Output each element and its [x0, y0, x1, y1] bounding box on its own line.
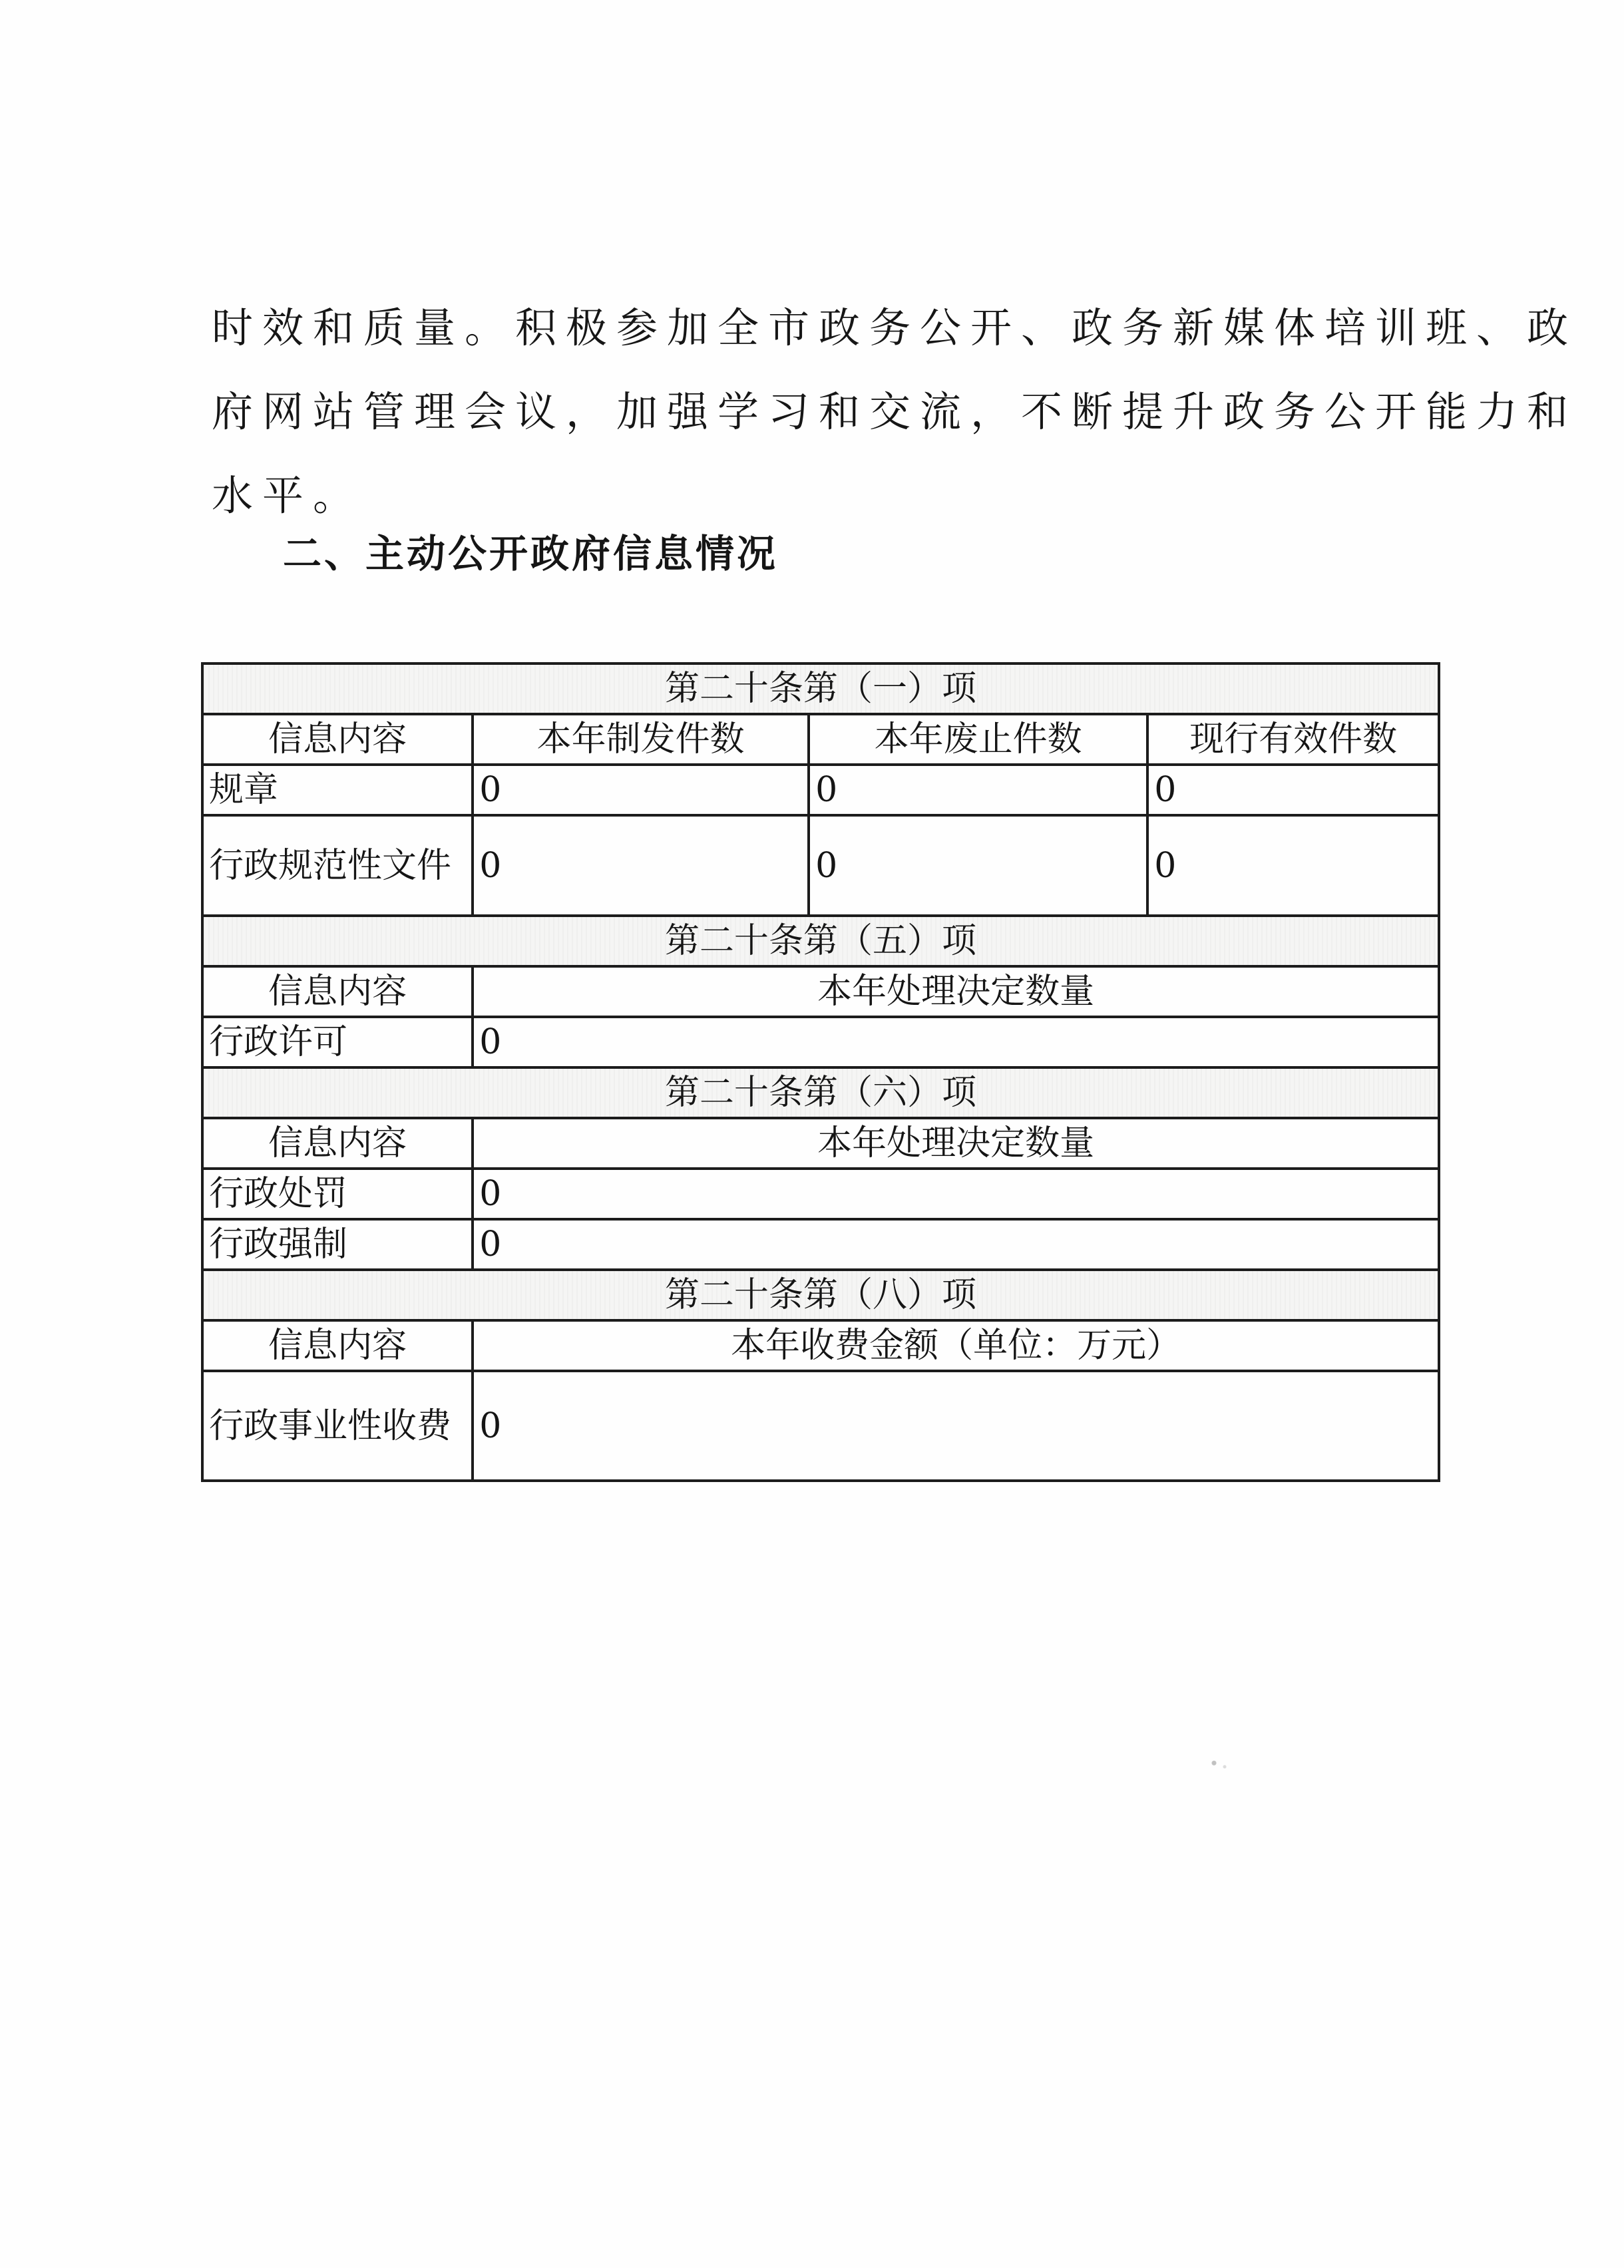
section-5-title: 第二十条第（五）项 [202, 916, 1439, 966]
issued-value: 0 [473, 765, 809, 815]
table-row: 行政强制 0 [202, 1219, 1439, 1270]
row-label: 行政处罚 [202, 1169, 473, 1219]
header-info-content: 信息内容 [202, 1320, 473, 1371]
header-info-content: 信息内容 [202, 714, 473, 765]
header-row: 信息内容 本年处理决定数量 [202, 966, 1439, 1017]
repealed-value: 0 [809, 765, 1147, 815]
decision-value: 0 [473, 1219, 1439, 1270]
header-info-content: 信息内容 [202, 966, 473, 1017]
header-info-content: 信息内容 [202, 1118, 473, 1169]
scan-artifact [1206, 1756, 1233, 1774]
row-label: 行政强制 [202, 1219, 473, 1270]
row-label: 行政事业性收费 [202, 1371, 473, 1481]
body-paragraph: 时效和质量。积极参加全市政务公开、政务新媒体培训班、政 府网站管理会议，加强学习… [212, 286, 1416, 538]
table-row: 规章 0 0 0 [202, 765, 1439, 815]
document-page: 时效和质量。积极参加全市政务公开、政务新媒体培训班、政 府网站管理会议，加强学习… [0, 0, 1624, 2268]
section-8-title: 第二十条第（八）项 [202, 1270, 1439, 1320]
header-row: 信息内容 本年收费金额（单位：万元） [202, 1320, 1439, 1371]
row-label: 规章 [202, 765, 473, 815]
issued-value: 0 [473, 815, 809, 916]
section-1-title: 第二十条第（一）项 [202, 663, 1439, 714]
paragraph-line-1: 时效和质量。积极参加全市政务公开、政务新媒体培训班、政 [212, 286, 1416, 370]
table-row: 行政事业性收费 0 [202, 1371, 1439, 1481]
effective-value: 0 [1147, 765, 1439, 815]
table-row: 行政规范性文件 0 0 0 [202, 815, 1439, 916]
section-heading: 二、主动公开政府信息情况 [283, 522, 778, 578]
table-row: 行政许可 0 [202, 1017, 1439, 1067]
effective-value: 0 [1147, 815, 1439, 916]
disclosure-table: 第二十条第（一）项 信息内容 本年制发件数 本年废止件数 现行有效件数 规章 0… [201, 662, 1440, 1482]
table-row: 行政处罚 0 [202, 1169, 1439, 1219]
header-fee-amount: 本年收费金额（单位：万元） [473, 1320, 1439, 1371]
decision-value: 0 [473, 1017, 1439, 1067]
header-effective-count: 现行有效件数 [1147, 714, 1439, 765]
header-decision-count: 本年处理决定数量 [473, 966, 1439, 1017]
header-row: 信息内容 本年处理决定数量 [202, 1118, 1439, 1169]
decision-value: 0 [473, 1169, 1439, 1219]
header-decision-count: 本年处理决定数量 [473, 1118, 1439, 1169]
section-title-row: 第二十条第（五）项 [202, 916, 1439, 966]
section-title-row: 第二十条第（六）项 [202, 1067, 1439, 1118]
row-label: 行政规范性文件 [202, 815, 473, 916]
header-issued-count: 本年制发件数 [473, 714, 809, 765]
header-row: 信息内容 本年制发件数 本年废止件数 现行有效件数 [202, 714, 1439, 765]
header-repealed-count: 本年废止件数 [809, 714, 1147, 765]
section-title-row: 第二十条第（八）项 [202, 1270, 1439, 1320]
section-6-title: 第二十条第（六）项 [202, 1067, 1439, 1118]
section-title-row: 第二十条第（一）项 [202, 663, 1439, 714]
paragraph-line-2: 府网站管理会议，加强学习和交流，不断提升政务公开能力和 [212, 370, 1416, 454]
repealed-value: 0 [809, 815, 1147, 916]
row-label: 行政许可 [202, 1017, 473, 1067]
fee-value: 0 [473, 1371, 1439, 1481]
